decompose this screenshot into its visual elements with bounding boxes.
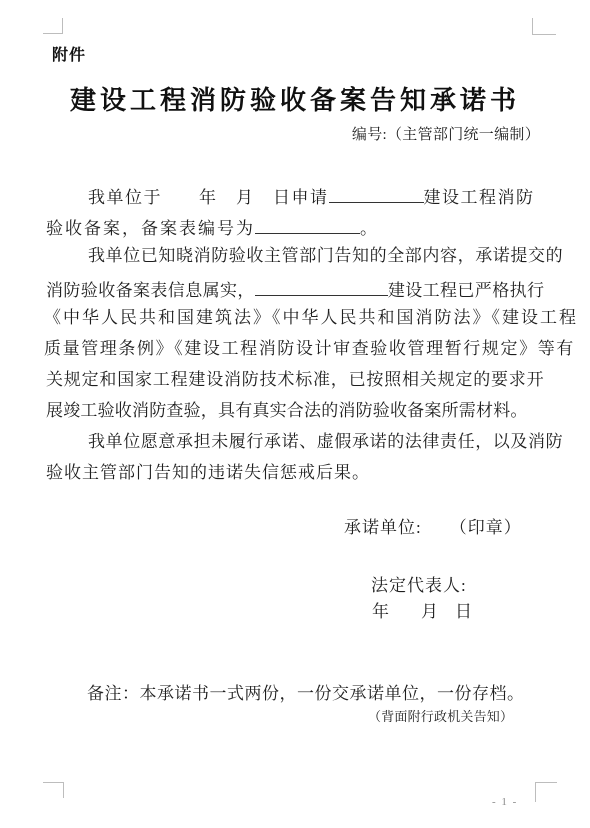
seal-label: （印章）: [450, 518, 522, 537]
blank-field-project-name: [329, 185, 424, 203]
paragraph-text: 。: [360, 219, 379, 238]
paragraph-text: 建设工程消防: [424, 188, 535, 207]
note-line: 备注：本承诺书一式两份，一份交承诺单位，一份存档。: [87, 685, 525, 702]
back-note: （背面附行政机关告知）: [368, 710, 513, 723]
margin-mark-top-right: [532, 18, 556, 35]
paragraph-line: 我单位愿意承担未履行承诺、虚假承诺的法律责任，以及消防: [88, 433, 563, 450]
attachment-label: 附件: [52, 48, 86, 64]
paragraph-text: 建设工程已严格执行: [388, 281, 545, 300]
paragraph-line: 《中华人民共和国建筑法》《中华人民共和国消防法》《建设工程: [44, 309, 578, 326]
paragraph-line: 关规定和国家工程建设消防技术标准，已按照相关规定的要求开: [46, 371, 544, 388]
margin-mark-top-left: [43, 18, 63, 34]
page-number: - 1 -: [492, 797, 518, 808]
blank-field-record-number: [255, 216, 360, 234]
margin-mark-bottom-left: [43, 782, 64, 798]
date-day-label: 日: [455, 602, 472, 621]
paragraph-line: 我单位已知晓消防验收主管部门告知的全部内容，承诺提交的: [88, 247, 563, 264]
paragraph-text: 验收备案，备案表编号为: [46, 219, 255, 238]
blank-field-project-name-2: [255, 278, 388, 296]
signature-unit-line: 承诺单位:（印章）: [344, 519, 522, 536]
paragraph-line: 验收备案，备案表编号为。: [46, 216, 379, 237]
date-year-label: 年: [372, 602, 389, 621]
document-number-line: 编号:（主管部门统一编制）: [352, 128, 540, 143]
document-page: 附件 建设工程消防验收备案告知承诺书 编号:（主管部门统一编制） 我单位于 年 …: [0, 0, 590, 828]
paragraph-text: 我单位于 年 月 日申请: [88, 188, 329, 207]
paragraph-line: 我单位于 年 月 日申请建设工程消防: [88, 185, 535, 206]
date-month-label: 月: [421, 602, 438, 621]
paragraph-line: 展竣工验收消防查验，具有真实合法的消防验收备案所需材料。: [46, 402, 528, 419]
signature-date-line: 年月日: [372, 603, 472, 620]
paragraph-line: 消防验收备案表信息属实，建设工程已严格执行: [46, 278, 544, 299]
margin-mark-bottom-right: [535, 782, 557, 802]
paragraph-line: 质量管理条例》《建设工程消防设计审查验收管理暂行规定》等有: [44, 340, 575, 357]
paragraph-text: 消防验收备案表信息属实，: [46, 281, 255, 300]
document-title: 建设工程消防验收备案告知承诺书: [0, 88, 590, 114]
signature-unit-label: 承诺单位:: [344, 518, 422, 537]
legal-representative-label: 法定代表人:: [371, 577, 467, 594]
paragraph-line: 验收主管部门告知的违诺失信惩戒后果。: [46, 464, 370, 481]
